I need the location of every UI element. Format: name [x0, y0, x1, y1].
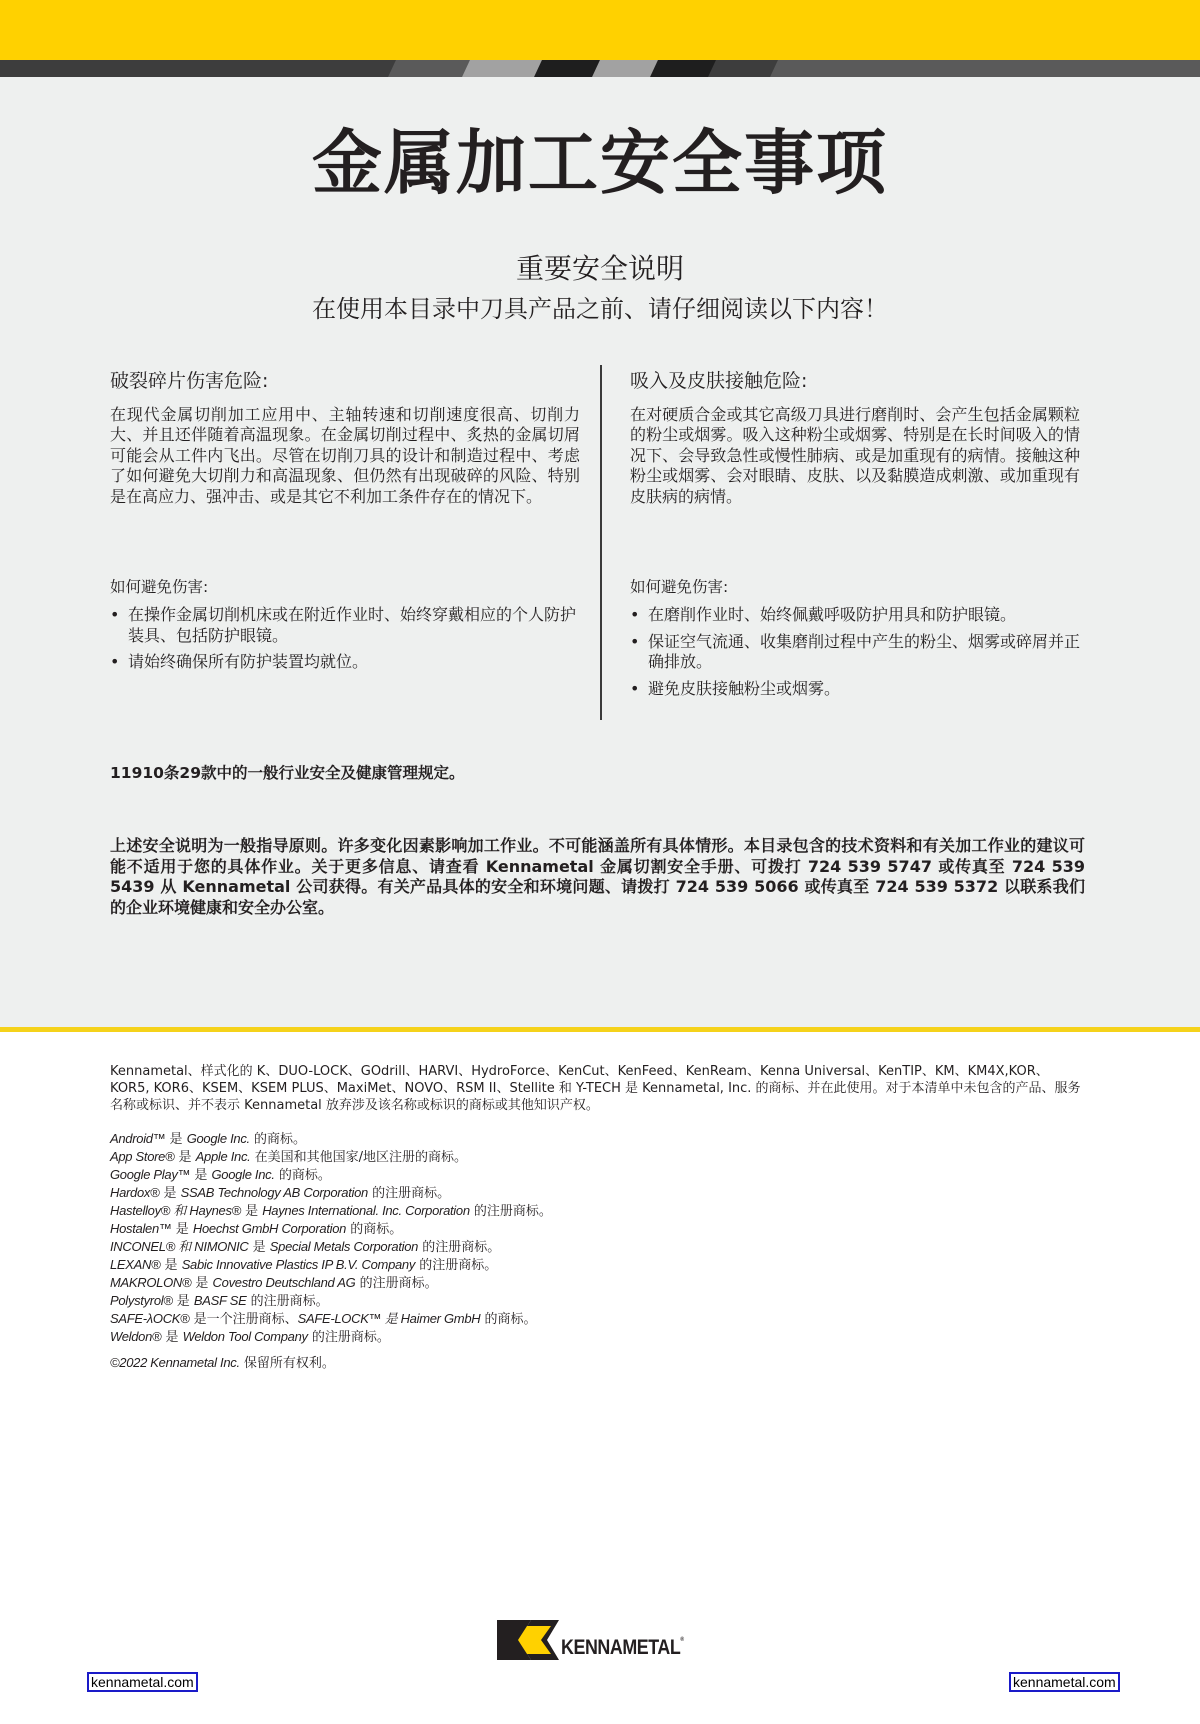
avoid-injury-left: 如何避免伤害: •在操作金属切削机床或在附近作业时、始终穿戴相应的个人防护装具、… — [110, 575, 580, 679]
list-item: •请始终确保所有防护装置均就位。 — [110, 652, 580, 673]
list-item: •保证空气流通、收集磨削过程中产生的粉尘、烟雾或碎屑并正确排放。 — [630, 632, 1090, 673]
trademark-line: Weldon® 是 Weldon Tool Company 的注册商标。 — [110, 1328, 552, 1346]
bullet-icon: • — [630, 605, 639, 626]
trademark-line: Polystyrol® 是 BASF SE 的注册商标。 — [110, 1292, 552, 1310]
copyright: ©2022 Kennametal Inc. 保留所有权利。 — [110, 1352, 335, 1371]
column-divider — [600, 365, 602, 720]
yellow-divider — [0, 1027, 1200, 1032]
page-title: 金属加工安全事项 — [0, 128, 1200, 198]
avoid-injury-right: 如何避免伤害: •在磨削作业时、始终佩戴呼吸防护用具和防护眼镜。 •保证空气流通… — [630, 575, 1090, 705]
section-body: 在现代金属切削加工应用中、主轴转速和切削速度很高、切削力大、并且还伴随着高温现象… — [110, 405, 580, 508]
subtitle: 重要安全说明 — [0, 254, 1200, 285]
trademark-line: Android™ 是 Google Inc. 的商标。 — [110, 1130, 552, 1148]
list-item-text: 在磨削作业时、始终佩戴呼吸防护用具和防护眼镜。 — [648, 605, 1016, 624]
trademark-line: INCONEL® 和 NIMONIC 是 Special Metals Corp… — [110, 1238, 552, 1256]
website-link-left[interactable]: kennametal.com — [87, 1672, 198, 1692]
bullet-icon: • — [110, 605, 119, 626]
section-body: 在对硬质合金或其它高级刀具进行磨削时、会产生包括金属颗粒的粉尘或烟雾。吸入这种粉… — [630, 405, 1080, 508]
website-link-right[interactable]: kennametal.com — [1009, 1672, 1120, 1692]
disclaimer: 上述安全说明为一般指导原则。许多变化因素影响加工作业。不可能涵盖所有具体情形。本… — [110, 836, 1085, 918]
list-item: •在操作金属切削机床或在附近作业时、始终穿戴相应的个人防护装具、包括防护眼镜。 — [110, 605, 580, 646]
bullet-icon: • — [630, 632, 639, 653]
regulation-note: 11910条29款中的一般行业安全及健康管理规定。 — [110, 761, 465, 783]
trademark-line: SAFE-λOCK® 是一个注册商标、SAFE-LOCK™ 是 Haimer G… — [110, 1310, 552, 1328]
trademark-line: Google Play™ 是 Google Inc. 的商标。 — [110, 1166, 552, 1184]
bullet-list: •在磨削作业时、始终佩戴呼吸防护用具和防护眼镜。 •保证空气流通、收集磨削过程中… — [630, 605, 1090, 699]
logo-wordmark: KENNAMETAL® — [561, 1637, 684, 1660]
bullet-icon: • — [630, 679, 639, 700]
third-party-trademarks: Android™ 是 Google Inc. 的商标。 App Store® 是… — [110, 1130, 552, 1346]
bullet-icon: • — [110, 652, 119, 673]
stripe-band — [0, 60, 1200, 77]
top-yellow-bar — [0, 0, 1200, 60]
list-item-text: 请始终确保所有防护装置均就位。 — [128, 652, 368, 671]
trademark-line: Hostalen™ 是 Hoechst GmbH Corporation 的商标… — [110, 1220, 552, 1238]
stripe-segment — [462, 60, 546, 77]
k-logo-icon — [497, 1620, 559, 1660]
stripe-segment — [770, 60, 1200, 77]
subtitle-instruction: 在使用本目录中刀具产品之前、请仔细阅读以下内容！ — [0, 296, 1200, 322]
section-heading: 破裂碎片伤害危险: — [110, 370, 580, 393]
list-item: •避免皮肤接触粉尘或烟雾。 — [630, 679, 1090, 700]
list-item-text: 在操作金属切削机床或在附近作业时、始终穿戴相应的个人防护装具、包括防护眼镜。 — [128, 605, 576, 645]
inhalation-hazard-section: 吸入及皮肤接触危险: 在对硬质合金或其它高级刀具进行磨削时、会产生包括金属颗粒的… — [630, 370, 1080, 507]
list-item-text: 保证空气流通、收集磨削过程中产生的粉尘、烟雾或碎屑并正确排放。 — [648, 632, 1080, 672]
fragment-hazard-section: 破裂碎片伤害危险: 在现代金属切削加工应用中、主轴转速和切削速度很高、切削力大、… — [110, 370, 580, 507]
avoid-heading: 如何避免伤害: — [630, 575, 1090, 597]
section-heading: 吸入及皮肤接触危险: — [630, 370, 1080, 393]
trademark-line: LEXAN® 是 Sabic Innovative Plastics IP B.… — [110, 1256, 552, 1274]
kennametal-logo: KENNAMETAL® — [497, 1620, 705, 1660]
bullet-list: •在操作金属切削机床或在附近作业时、始终穿戴相应的个人防护装具、包括防护眼镜。 … — [110, 605, 580, 673]
trademark-line: Hastelloy® 和 Haynes® 是 Haynes Internatio… — [110, 1202, 552, 1220]
avoid-heading: 如何避免伤害: — [110, 575, 580, 597]
kennametal-trademarks: Kennametal、样式化的 K、DUO-LOCK、GOdrill、HARVI… — [110, 1063, 1085, 1114]
trademark-line: App Store® 是 Apple Inc. 在美国和其他国家/地区注册的商标… — [110, 1148, 552, 1166]
list-item-text: 避免皮肤接触粉尘或烟雾。 — [648, 679, 840, 698]
trademark-line: Hardox® 是 SSAB Technology AB Corporation… — [110, 1184, 552, 1202]
trademark-line: MAKROLON® 是 Covestro Deutschland AG 的注册商… — [110, 1274, 552, 1292]
list-item: •在磨削作业时、始终佩戴呼吸防护用具和防护眼镜。 — [630, 605, 1090, 626]
